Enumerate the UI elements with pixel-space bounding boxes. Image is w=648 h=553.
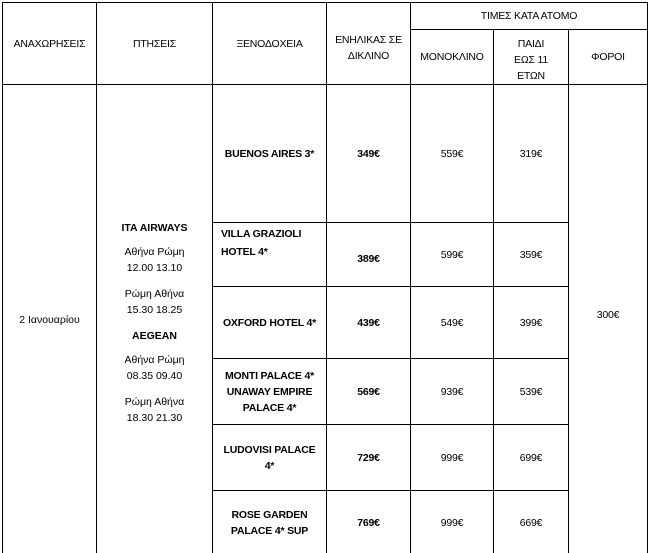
hotel-name: BUENOS AIRES 3* — [213, 85, 327, 223]
price-single: 999€ — [411, 491, 494, 553]
airline-name: AEGEAN — [97, 328, 212, 344]
flight-times: 12.00 13.10 — [97, 260, 212, 276]
flights-cell: ITA AIRWAYS Αθήνα Ρώμη 12.00 13.10 Ρώμη … — [97, 85, 213, 553]
price-child: 399€ — [494, 287, 569, 359]
price-child: 359€ — [494, 223, 569, 287]
table-row: 2 Ιανουαρίου ITA AIRWAYS Αθήνα Ρώμη 12.0… — [3, 85, 648, 223]
flight-route: Αθήνα Ρώμη — [97, 244, 212, 260]
price-adult-double: 389€ — [327, 223, 411, 287]
price-single: 559€ — [411, 85, 494, 223]
price-child: 699€ — [494, 425, 569, 491]
price-single: 999€ — [411, 425, 494, 491]
price-adult-double: 569€ — [327, 359, 411, 425]
hotel-name: VILLA GRAZIOLI HOTEL 4* — [213, 223, 327, 287]
header-departures: ΑΝΑΧΩΡΗΣΕΙΣ — [3, 3, 97, 85]
flight-times: 08.35 09.40 — [97, 368, 212, 384]
flight-leg: Ρώμη Αθήνα 18.30 21.30 — [97, 394, 212, 426]
price-adult-double: 349€ — [327, 85, 411, 223]
header-flights: ΠΤΗΣΕΙΣ — [97, 3, 213, 85]
flight-leg: Αθήνα Ρώμη 12.00 13.10 — [97, 244, 212, 276]
price-child: 539€ — [494, 359, 569, 425]
header-child: ΠΑΙΔΙ ΕΩΣ 11 ΕΤΩΝ — [494, 30, 569, 85]
flight-route: Ρώμη Αθήνα — [97, 286, 212, 302]
header-single: ΜΟΝΟΚΛΙΝΟ — [411, 30, 494, 85]
flight-leg: Αθήνα Ρώμη 08.35 09.40 — [97, 352, 212, 384]
flight-route: Ρώμη Αθήνα — [97, 394, 212, 410]
departure-date: 2 Ιανουαρίου — [3, 85, 97, 553]
price-child: 319€ — [494, 85, 569, 223]
hotel-name: ROSE GARDEN PALACE 4* SUP — [213, 491, 327, 553]
header-hotels: ΞΕΝΟΔΟΧΕΙΑ — [213, 3, 327, 85]
hotel-name: OXFORD HOTEL 4* — [213, 287, 327, 359]
flight-route: Αθήνα Ρώμη — [97, 352, 212, 368]
price-adult-double: 769€ — [327, 491, 411, 553]
price-adult-double: 729€ — [327, 425, 411, 491]
header-adult-double: ΕΝΗΛΙΚΑΣ ΣΕ ΔΙΚΛΙΝΟ — [327, 3, 411, 85]
flight-times: 15.30 18.25 — [97, 302, 212, 318]
price-table: ΑΝΑΧΩΡΗΣΕΙΣ ΠΤΗΣΕΙΣ ΞΕΝΟΔΟΧΕΙΑ ΕΝΗΛΙΚΑΣ … — [2, 2, 648, 553]
price-single: 599€ — [411, 223, 494, 287]
price-child: 669€ — [494, 491, 569, 553]
hotel-name: LUDOVISI PALACE 4* — [213, 425, 327, 491]
price-single: 549€ — [411, 287, 494, 359]
price-single: 939€ — [411, 359, 494, 425]
taxes-value: 300€ — [569, 85, 648, 553]
airline-name: ITA AIRWAYS — [97, 220, 212, 236]
price-adult-double: 439€ — [327, 287, 411, 359]
header-prices-per-person: ΤΙΜΕΣ ΚΑΤΑ ΑΤΟΜΟ — [411, 3, 648, 30]
flight-leg: Ρώμη Αθήνα 15.30 18.25 — [97, 286, 212, 318]
header-taxes: ΦΟΡΟΙ — [569, 30, 648, 85]
hotel-name: MONTI PALACE 4* UNAWAY EMPIRE PALACE 4* — [213, 359, 327, 425]
flight-times: 18.30 21.30 — [97, 410, 212, 426]
